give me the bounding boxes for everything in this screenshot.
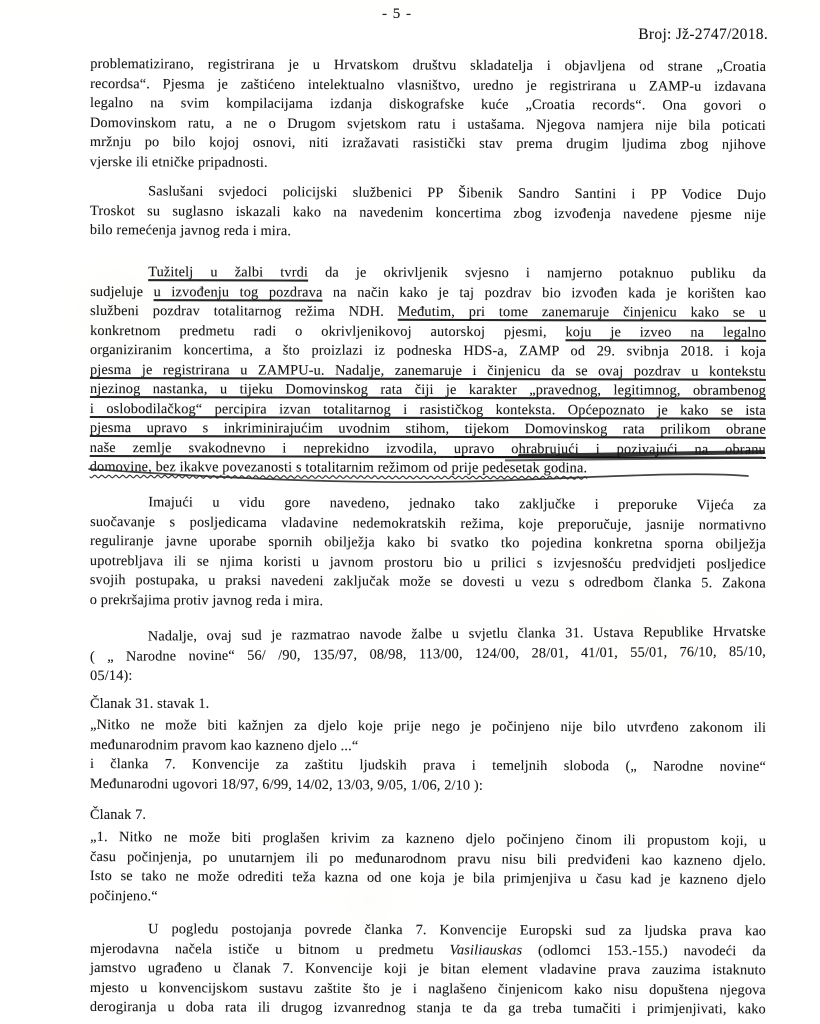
text-segment: recordsa“. Pjesma je zaštićeno intelektu… xyxy=(90,76,766,95)
text-segment: na način kako je taj pozdrav bio izvođen… xyxy=(322,284,766,301)
pen-underlined-text: njezinog nastanka, u tijeku Domovinskog … xyxy=(90,380,766,398)
document-page: - 5 - Broj: Jž-2747/2018. problematizira… xyxy=(0,0,820,1024)
pen-underlined-text: naše zemlje svakodnevno i neprekidno izv… xyxy=(90,439,454,456)
text-line: Isto se tako ne može odrediti teža kazna… xyxy=(90,867,766,891)
text-segment: mjesto u konvencijskom sustavu zaštite š… xyxy=(90,979,766,997)
text-line: konkretnom predmetu radi o okrivljenikov… xyxy=(90,321,766,342)
case-number: Broj: Jž-2747/2018. xyxy=(638,26,768,44)
text-segment: svojih postupaka, u praksi navedeni zakl… xyxy=(90,572,766,592)
text-segment: konkretnom predmetu radi o okrivljenikov… xyxy=(90,322,565,339)
text-line: U pogledu postojanja povrede članka 7. K… xyxy=(90,920,766,942)
paragraph-council-recommendations: Imajući u vidu gore navedeno, jednako ta… xyxy=(90,493,767,614)
text-segment: Domovinskom ratu, a ne o Drugom svjetsko… xyxy=(90,114,766,133)
text-segment: suočavanje s posljedicama vladavine nede… xyxy=(90,514,766,534)
text-segment: 05/14): xyxy=(90,668,132,684)
text-segment: i članka 7. Konvencije za zaštitu ljudsk… xyxy=(90,756,766,775)
text-segment: ( „ Narodne novine“ 56/ /90, 135/97, 08/… xyxy=(90,643,766,664)
pen-underlined-text: Međutim, pri tome zanemaruje činjenicu k… xyxy=(398,303,766,320)
page-number: - 5 - xyxy=(0,6,794,23)
text-segment: Nadalje, ovaj sud je razmatrao navode ža… xyxy=(148,624,766,645)
text-line: „Nitko ne može biti kažnjen za djelo koj… xyxy=(90,716,766,738)
text-segment: „1. Nitko ne može biti proglašen krivim … xyxy=(90,829,766,849)
text-line: pjesma upravo s inkriminirajućim uvodnim… xyxy=(90,418,766,439)
text-segment: Imajući u vidu gore navedeno, jednako ta… xyxy=(148,494,766,513)
text-segment: Saslušani svjedoci policijski službenici… xyxy=(148,183,766,203)
document-body: problematizirano, registrirana je u Hrva… xyxy=(90,55,766,1017)
text-line: Međunarodni ugovori 18/97, 6/99, 14/02, … xyxy=(90,774,766,796)
text-line: derogiranja u doba rata ili drugog izvan… xyxy=(90,997,766,1019)
pen-underlined-text: u izvođenju tog pozdrava xyxy=(154,283,323,299)
text-segment: bilo remećenja javnog reda i mira. xyxy=(90,222,291,239)
text-segment: „Nitko ne može biti kažnjen za djelo koj… xyxy=(90,717,766,736)
text-line: i oslobodilačkog“ percipira izvan totali… xyxy=(90,399,766,420)
text-line: mržnju po bilo kojoj osnovi, niti izraža… xyxy=(90,133,766,155)
text-segment: Isto se tako ne može odrediti teža kazna… xyxy=(90,868,766,888)
text-segment: sudjeluje xyxy=(90,283,153,299)
pen-underlined-text: pjesma je registrirana u ZAMPU-u. Nadalj… xyxy=(90,361,766,379)
paragraph-police-witnesses: Saslušani svjedoci policijski službenici… xyxy=(90,182,766,245)
pen-stroke xyxy=(86,464,754,490)
text-line: naše zemlje svakodnevno i neprekidno izv… xyxy=(90,438,766,459)
text-line: službeni pozdrav totalitarnog režima NDH… xyxy=(90,302,766,323)
text-segment: derogiranja u doba rata ili drugog izvan… xyxy=(90,998,766,1016)
text-segment: Članak 31. stavak 1. xyxy=(90,696,209,712)
text-line: Članak 7. xyxy=(90,806,766,826)
text-line: organiziranim koncertima, a što proizlaz… xyxy=(90,341,766,362)
text-line: mjesto u konvencijskom sustavu zaštite š… xyxy=(90,978,766,1000)
pen-underlined-text: i oslobodilačkog“ percipira izvan totali… xyxy=(90,400,766,418)
text-line: i članka 7. Konvencije za zaštitu ljudsk… xyxy=(90,755,766,777)
text-line: bilo remećenja javnog reda i mira. xyxy=(90,221,766,245)
pen-underlined-text: pjesma upravo s inkriminirajućim uvodnim… xyxy=(90,419,766,437)
text-line: mjerodavna načela ističe u bitnom u pred… xyxy=(90,939,766,961)
text-segment: mjerodavna načela ističe u bitnom u pred… xyxy=(90,940,450,957)
text-segment: času počinjenja, po unutarnjem ili po me… xyxy=(90,848,766,868)
text-segment: jamstvo ugrađeno u članak 7. Konvencije … xyxy=(90,960,766,978)
text-segment: da je okrivljenik svjesno i namjerno pot… xyxy=(308,264,766,281)
text-segment: vjerske ili etničke pripadnosti. xyxy=(90,153,268,170)
text-line: legalno na svim kompilacijama izdanja di… xyxy=(90,94,766,116)
text-line: pjesma je registrirana u ZAMPU-u. Nadalj… xyxy=(90,360,766,381)
text-segment: o prekršajima protiv javnog reda i mira. xyxy=(90,591,324,608)
text-segment: Vasiliauskas xyxy=(450,941,523,957)
text-segment: legalno na svim kompilacijama izdanja di… xyxy=(90,95,766,114)
text-segment: upotrebljava ili se njima koristi u javn… xyxy=(90,553,766,573)
text-line: sudjeluje u izvođenju tog pozdrava na na… xyxy=(90,282,766,303)
text-segment: Međunarodni ugovori 18/97, 6/99, 14/02, … xyxy=(90,775,483,793)
text-line: jamstvo ugrađeno u članak 7. Konvencije … xyxy=(90,959,766,981)
text-segment: organiziranim koncertima, a što proizlaz… xyxy=(90,342,766,360)
text-segment: službeni pozdrav totalitarnog režima NDH… xyxy=(90,303,398,320)
pen-underlined-text: koju je izveo na legalno xyxy=(566,323,767,340)
text-line: Članak 31. stavak 1. xyxy=(90,695,766,715)
paragraph-constitution-article-31: Nadalje, ovaj sud je razmatrao navode ža… xyxy=(90,623,766,687)
text-segment: međunarodnim pravom kao kazneno djelo ..… xyxy=(90,737,358,754)
text-line: problematizirano, registrirana je u Hrva… xyxy=(90,55,766,77)
paragraph-song-registration: problematizirano, registrirana je u Hrva… xyxy=(90,55,767,175)
text-segment: reguliranje javne uporabe spornih obilje… xyxy=(90,533,766,553)
heading-clanak-7: Članak 7. xyxy=(90,806,766,826)
quote-clanak-7: „1. Nitko ne može biti proglašen krivim … xyxy=(90,828,766,910)
quote-clanak-31: „Nitko ne može biti kažnjen za djelo koj… xyxy=(90,716,766,797)
text-line: „1. Nitko ne može biti proglašen krivim … xyxy=(90,828,766,852)
text-line: vjerske ili etničke pripadnosti. xyxy=(90,152,766,174)
text-line: Tužitelj u žalbi tvrdi da je okrivljenik… xyxy=(90,263,766,284)
text-segment: Članak 7. xyxy=(90,807,146,823)
text-segment: Troskot su suglasno iskazali kako na nav… xyxy=(90,203,766,223)
text-segment: počinjeno.“ xyxy=(90,887,158,903)
paragraph-echr-vasiliauskas: U pogledu postojanja povrede članka 7. K… xyxy=(90,920,766,1020)
text-segment: problematizirano, registrirana je u Hrva… xyxy=(90,56,766,75)
paragraph-prosecutor-appeal: Tužitelj u žalbi tvrdi da je okrivljenik… xyxy=(90,263,767,479)
text-segment: mržnju po bilo kojoj osnovi, niti izraža… xyxy=(90,134,766,153)
text-line: o prekršajima protiv javnog reda i mira. xyxy=(90,590,766,613)
text-segment: U pogledu postojanja povrede članka 7. K… xyxy=(148,921,766,939)
pen-underlined-text: Tužitelj u žalbi tvrdi xyxy=(148,264,308,280)
text-segment: (odlomci 153.-155.) navodeći da xyxy=(522,942,766,959)
text-line: njezinog nastanka, u tijeku Domovinskog … xyxy=(90,379,766,400)
heading-clanak-31: Članak 31. stavak 1. xyxy=(90,695,766,715)
